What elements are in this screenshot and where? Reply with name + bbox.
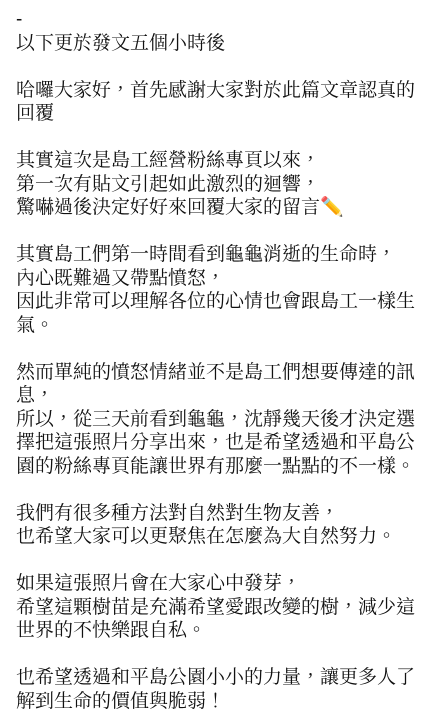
post-text-line: 擇把這張照片分享出來，也是希望透過和平島公 [16,431,419,455]
post-text-line: - [16,8,419,32]
post-text-line: 驚嚇過後決定好好來回覆大家的留言✏️ [16,196,419,220]
post-text-line: 解到生命的價值與脆弱！ [16,690,419,714]
post-text-line: 氣。 [16,314,419,338]
post-paragraph: 也希望透過和平島公園小小的力量，讓更多人了解到生命的價值與脆弱！ [16,666,419,713]
post-text-line: 所以，從三天前看到龜龜，沈靜幾天後才決定選 [16,408,419,432]
post-text-line: 世界的不快樂跟自私。 [16,619,419,643]
post-text-line: 第一次有貼文引起如此激烈的迴響， [16,173,419,197]
post-text-line: 也希望透過和平島公園小小的力量，讓更多人了 [16,666,419,690]
post-text-line: 如果這張照片會在大家心中發芽， [16,572,419,596]
post-text-line: 以下更於發文五個小時後 [16,32,419,56]
post-text-line: 哈囉大家好，首先感謝大家對於此篇文章認真的 [16,79,419,103]
post-body-text: -以下更於發文五個小時後哈囉大家好，首先感謝大家對於此篇文章認真的回覆其實這次是… [0,0,435,713]
post-text-line: 息， [16,384,419,408]
post-text-line: 因此非常可以理解各位的心情也會跟島工一樣生 [16,290,419,314]
post-paragraph: 然而單純的憤怒情緒並不是島工們想要傳達的訊息，所以，從三天前看到龜龜，沈靜幾天後… [16,361,419,479]
post-paragraph: 其實這次是島工經營粉絲專頁以來，第一次有貼文引起如此激烈的迴響，驚嚇過後決定好好… [16,149,419,220]
post-text-line: 其實這次是島工經營粉絲專頁以來， [16,149,419,173]
post-paragraph: 哈囉大家好，首先感謝大家對於此篇文章認真的回覆 [16,79,419,126]
post-paragraph: -以下更於發文五個小時後 [16,8,419,55]
post-text-line: 希望這顆樹苗是充滿希望愛跟改變的樹，減少這 [16,596,419,620]
post-paragraph: 如果這張照片會在大家心中發芽，希望這顆樹苗是充滿希望愛跟改變的樹，減少這世界的不… [16,572,419,643]
post-text-line: 回覆 [16,102,419,126]
post-text-line: 然而單純的憤怒情緒並不是島工們想要傳達的訊 [16,361,419,385]
post-text-line: 內心既難過又帶點憤怒， [16,267,419,291]
post-paragraph: 其實島工們第一時間看到龜龜消逝的生命時，內心既難過又帶點憤怒，因此非常可以理解各… [16,243,419,337]
post-text-line: 園的粉絲專頁能讓世界有那麼一點點的不一樣。 [16,455,419,479]
post-text-line: 也希望大家可以更聚焦在怎麼為大自然努力。 [16,525,419,549]
post-paragraph: 我們有很多種方法對自然對生物友善，也希望大家可以更聚焦在怎麼為大自然努力。 [16,502,419,549]
post-text-line: 我們有很多種方法對自然對生物友善， [16,502,419,526]
post-text-line: 其實島工們第一時間看到龜龜消逝的生命時， [16,243,419,267]
